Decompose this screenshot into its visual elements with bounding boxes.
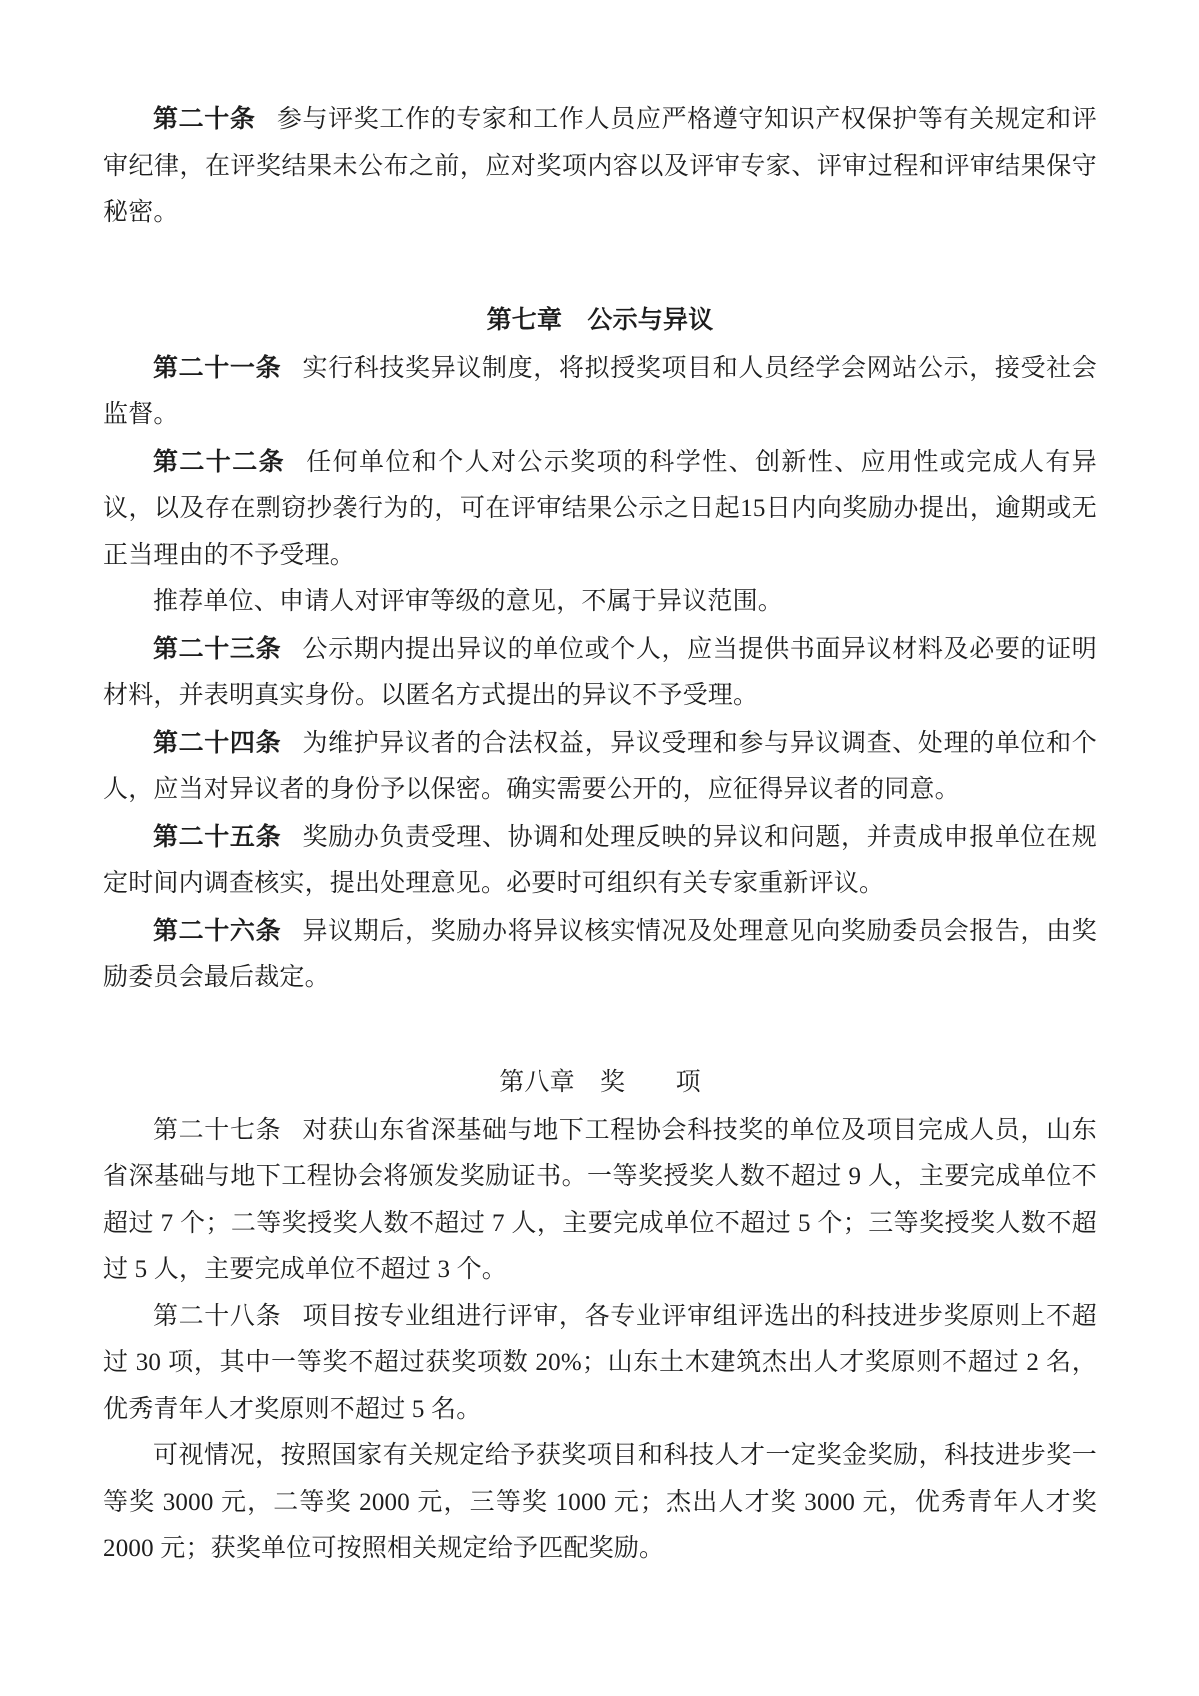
article-26-number: 第二十六条 bbox=[153, 917, 281, 945]
chapter-7-heading: 第七章 公示与异议 bbox=[103, 295, 1097, 345]
article-21: 第二十一条实行科技奖异议制度，将拟授奖项目和人员经学会网站公示，接受社会监督。 bbox=[103, 345, 1097, 439]
article-25: 第二十五条奖励办负责受理、协调和处理反映的异议和问题，并责成申报单位在规定时间内… bbox=[103, 814, 1097, 908]
article-23: 第二十三条公示期内提出异议的单位或个人，应当提供书面异议材料及必要的证明材料，并… bbox=[103, 626, 1097, 720]
paragraph-award-amounts-text: 可视情况，按照国家有关规定给予获奖项目和科技人才一定奖金奖励，科技进步奖一等奖 … bbox=[103, 1442, 1097, 1562]
article-24-number: 第二十四条 bbox=[153, 729, 281, 757]
article-27-number: 第二十七条 bbox=[153, 1117, 281, 1144]
article-22-number: 第二十二条 bbox=[153, 448, 285, 476]
article-21-number: 第二十一条 bbox=[153, 354, 281, 382]
document-body: 第二十条参与评奖工作的专家和工作人员应严格遵守知识产权保护等有关规定和评审纪律，… bbox=[0, 0, 1199, 1573]
article-26: 第二十六条异议期后，奖励办将异议核实情况及处理意见向奖励委员会报告，由奖励委员会… bbox=[103, 908, 1097, 1002]
article-27: 第二十七条对获山东省深基础与地下工程协会科技奖的单位及项目完成人员，山东省深基础… bbox=[103, 1108, 1097, 1294]
chapter-8-heading: 第八章 奖 项 bbox=[103, 1058, 1097, 1108]
document-page: 第二十条参与评奖工作的专家和工作人员应严格遵守知识产权保护等有关规定和评审纪律，… bbox=[0, 0, 1199, 1696]
paragraph-award-amounts: 可视情况，按照国家有关规定给予获奖项目和科技人才一定奖金奖励，科技进步奖一等奖 … bbox=[103, 1433, 1097, 1573]
article-25-number: 第二十五条 bbox=[153, 823, 281, 851]
paragraph-recommendation-note-text: 推荐单位、申请人对评审等级的意见，不属于异议范围。 bbox=[153, 588, 783, 615]
article-28: 第二十八条项目按专业组进行评审，各专业评审组评选出的科技进步奖原则上不超过 30… bbox=[103, 1294, 1097, 1434]
article-23-number: 第二十三条 bbox=[153, 635, 281, 663]
article-22: 第二十二条任何单位和个人对公示奖项的科学性、创新性、应用性或完成人有异议，以及存… bbox=[103, 439, 1097, 580]
article-20: 第二十条参与评奖工作的专家和工作人员应严格遵守知识产权保护等有关规定和评审纪律，… bbox=[103, 96, 1097, 237]
paragraph-recommendation-note: 推荐单位、申请人对评审等级的意见，不属于异议范围。 bbox=[103, 579, 1097, 626]
article-24: 第二十四条为维护异议者的合法权益，异议受理和参与异议调查、处理的单位和个人，应当… bbox=[103, 720, 1097, 814]
article-28-number: 第二十八条 bbox=[153, 1303, 281, 1330]
article-20-number: 第二十条 bbox=[153, 105, 256, 133]
